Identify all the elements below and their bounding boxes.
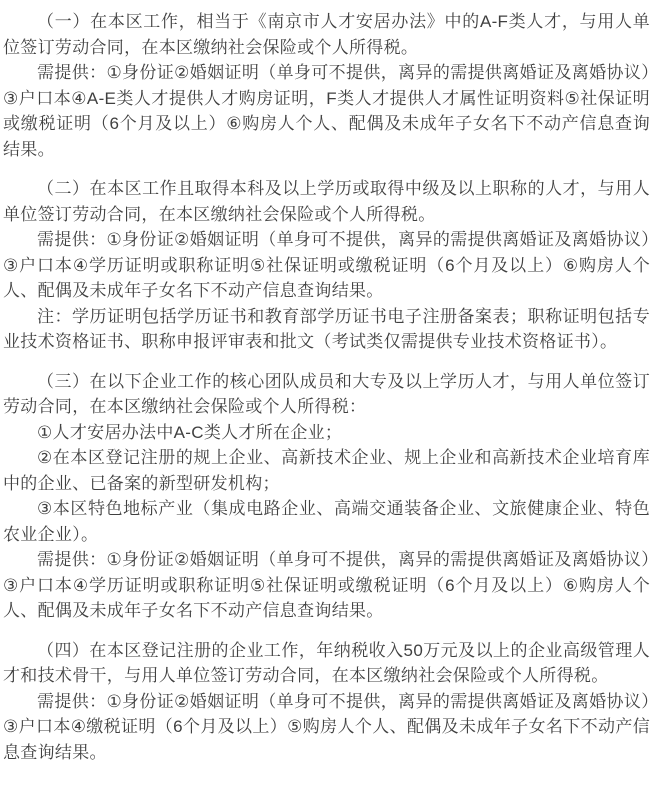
- paragraph-requirements-3: 需提供：①身份证②婚姻证明（单身可不提供，离异的需提供离婚证及离婚协议）③户口本…: [3, 547, 650, 624]
- paragraph-clause-4: （四）在本区登记注册的企业工作，年纳税收入50万元及以上的企业高级管理人才和技术…: [3, 638, 650, 689]
- paragraph-requirements-2: 需提供：①身份证②婚姻证明（单身可不提供，离异的需提供离婚证及离婚协议）③户口本…: [3, 227, 650, 304]
- section-item-2: （二）在本区工作且取得本科及以上学历或取得中级及以上职称的人才，与用人单位签订劳…: [3, 176, 650, 355]
- section-item-1: （一）在本区工作，相当于《南京市人才安居办法》中的A-F类人才，与用人单位签订劳…: [3, 9, 650, 162]
- section-item-4: （四）在本区登记注册的企业工作，年纳税收入50万元及以上的企业高级管理人才和技术…: [3, 638, 650, 766]
- paragraph-clause-1: （一）在本区工作，相当于《南京市人才安居办法》中的A-F类人才，与用人单位签订劳…: [3, 9, 650, 60]
- article-content: （一）在本区工作，相当于《南京市人才安居办法》中的A-F类人才，与用人单位签订劳…: [0, 0, 659, 799]
- section-item-3: （三）在以下企业工作的核心团队成员和大专及以上学历人才，与用人单位签订劳动合同，…: [3, 369, 650, 624]
- paragraph-subitem-3: ③本区特色地标产业（集成电路企业、高端交通装备企业、文旅健康企业、特色农业企业）…: [3, 496, 650, 547]
- paragraph-note-2: 注：学历证明包括学历证书和教育部学历证书电子注册备案表；职称证明包括专业技术资格…: [3, 304, 650, 355]
- paragraph-clause-3: （三）在以下企业工作的核心团队成员和大专及以上学历人才，与用人单位签订劳动合同，…: [3, 369, 650, 420]
- paragraph-requirements-4: 需提供：①身份证②婚姻证明（单身可不提供，离异的需提供离婚证及离婚协议）③户口本…: [3, 689, 650, 766]
- paragraph-clause-2: （二）在本区工作且取得本科及以上学历或取得中级及以上职称的人才，与用人单位签订劳…: [3, 176, 650, 227]
- paragraph-requirements-1: 需提供：①身份证②婚姻证明（单身可不提供，离异的需提供离婚证及离婚协议）③户口本…: [3, 60, 650, 162]
- paragraph-subitem-1: ①人才安居办法中A-C类人才所在企业；: [3, 420, 650, 446]
- paragraph-subitem-2: ②在本区登记注册的规上企业、高新技术企业、规上企业和高新技术企业培育库中的企业、…: [3, 445, 650, 496]
